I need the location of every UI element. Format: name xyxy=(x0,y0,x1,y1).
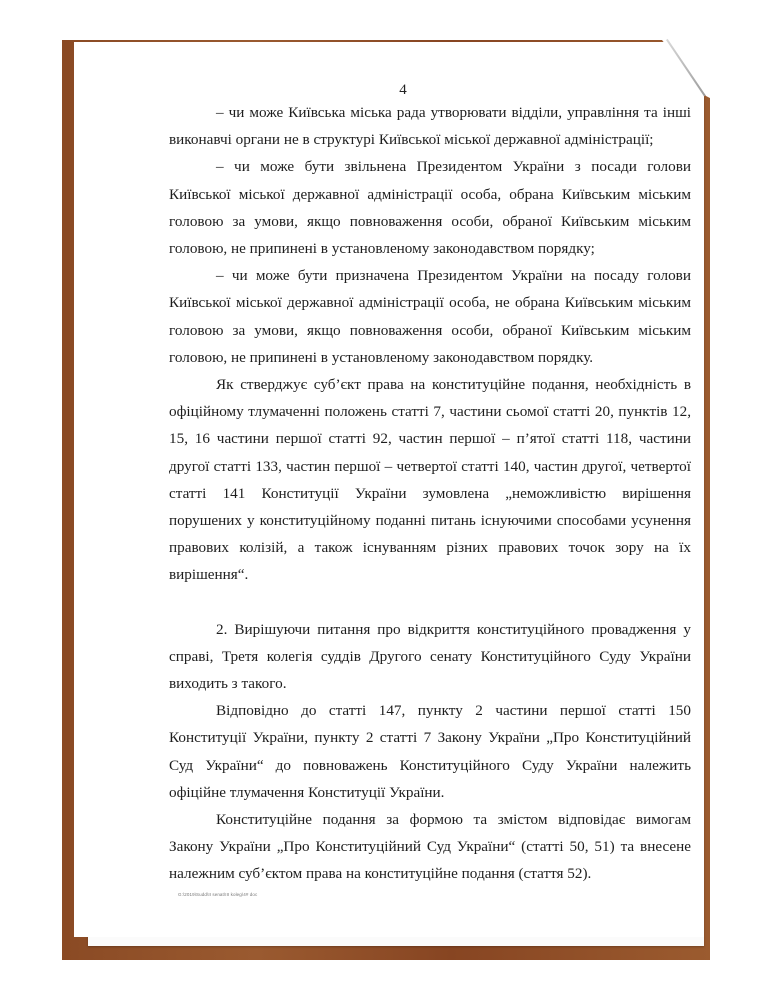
page-number: 4 xyxy=(0,82,772,99)
paragraph-jurisdiction: Відповідно до статті 147, пункту 2 части… xyxy=(169,697,691,806)
document-body: – чи може Київська міська рада утворюват… xyxy=(169,99,691,888)
paragraph-question-1: – чи може Київська міська рада утворюват… xyxy=(169,99,691,153)
paragraph-compliance: Конституційне подання за формою та зміст… xyxy=(169,806,691,888)
paragraph-justification: Як стверджує суб’єкт права на конституці… xyxy=(169,371,691,589)
paragraph-section-2: 2. Вирішуючи питання про відкриття конст… xyxy=(169,616,691,698)
footer-file-path: G:\2019\Sudd\II senat\III koleg\4# doc xyxy=(178,892,257,897)
paragraph-question-2: – чи може бути звільнена Президентом Укр… xyxy=(169,153,691,262)
paragraph-question-3: – чи може бути призначена Президентом Ук… xyxy=(169,262,691,371)
